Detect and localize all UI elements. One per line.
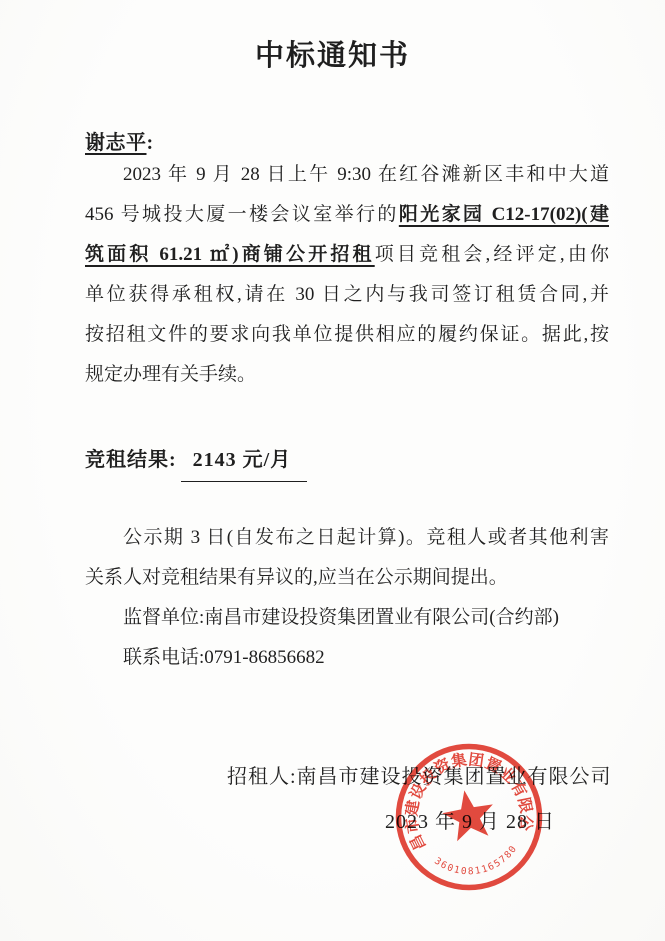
seal-number-text: 3601081165780 xyxy=(431,842,523,885)
text-segment: 按招租文件的要求向我单位提供相应的履约保证。据此,按 xyxy=(85,324,609,345)
bid-result-line: 竞租结果:2143 元/月 xyxy=(85,440,307,482)
bid-result-label: 竞租结果: xyxy=(85,449,177,471)
body-line: 公示期 3 日(自发布之日起计算)。竞租人或者其他利害 xyxy=(85,518,609,558)
body-line: 单位获得承租权,请在 30 日之内与我司签订租赁合同,并 xyxy=(85,275,609,315)
bid-result-value: 2143 元/月 xyxy=(181,440,308,482)
text-segment: 456 号城投大厦一楼会议室举行的 xyxy=(85,204,399,225)
lessor-signature-line: 招租人:南昌市建设投资集团置业有限公司 xyxy=(227,763,612,791)
body-line: 456 号城投大厦一楼会议室举行的阳光家园 C12-17(02)(建 xyxy=(85,195,609,235)
recipient-colon: : xyxy=(147,132,154,154)
emphasized-text: 筑面积 61.21 ㎡)商铺公开招租 xyxy=(85,244,375,265)
text-segment: 关系人对竞租结果有异议的,应当在公示期间提出。 xyxy=(85,567,508,588)
body-line: 按招租文件的要求向我单位提供相应的履约保证。据此,按 xyxy=(85,315,609,355)
body-line: 规定办理有关手续。 xyxy=(85,355,609,395)
emphasized-text: 阳光家园 C12-17(02)(建 xyxy=(399,204,609,225)
text-segment: 规定办理有关手续。 xyxy=(85,364,256,385)
text-segment: 项目竞租会,经评定,由你 xyxy=(375,244,609,265)
body-line: 监督单位:南昌市建设投资集团置业有限公司(合约部) xyxy=(85,598,609,638)
body-line: 联系电话:0791-86856682 xyxy=(85,638,609,678)
body-line: 关系人对竞租结果有异议的,应当在公示期间提出。 xyxy=(85,558,609,598)
body-paragraph: 2023 年 9 月 28 日上午 9:30 在红谷滩新区丰和中大道456 号城… xyxy=(85,155,609,395)
text-segment: 公示期 3 日(自发布之日起计算)。竞租人或者其他利害 xyxy=(123,527,609,548)
seal-company-text: 南昌市建设投资集团置业有限公司 xyxy=(391,739,540,854)
public-notice-paragraph: 公示期 3 日(自发布之日起计算)。竞租人或者其他利害关系人对竞租结果有异议的,… xyxy=(85,518,609,678)
text-segment: 单位获得承租权,请在 30 日之内与我司签订租赁合同,并 xyxy=(85,284,609,305)
document-page: 中标通知书 谢志平: 2023 年 9 月 28 日上午 9:30 在红谷滩新区… xyxy=(0,0,665,941)
body-line: 筑面积 61.21 ㎡)商铺公开招租项目竞租会,经评定,由你 xyxy=(85,235,609,275)
recipient-name: 谢志平 xyxy=(85,132,147,154)
document-title: 中标通知书 xyxy=(0,33,665,74)
text-segment: 2023 年 9 月 28 日上午 9:30 在红谷滩新区丰和中大道 xyxy=(123,164,609,185)
text-segment: 监督单位:南昌市建设投资集团置业有限公司(合约部) xyxy=(123,607,559,628)
signature-date: 2023 年 9 月 28 日 xyxy=(385,808,555,836)
body-line: 2023 年 9 月 28 日上午 9:30 在红谷滩新区丰和中大道 xyxy=(85,155,609,195)
text-segment: 联系电话:0791-86856682 xyxy=(123,647,325,668)
recipient-line: 谢志平: xyxy=(85,126,154,155)
